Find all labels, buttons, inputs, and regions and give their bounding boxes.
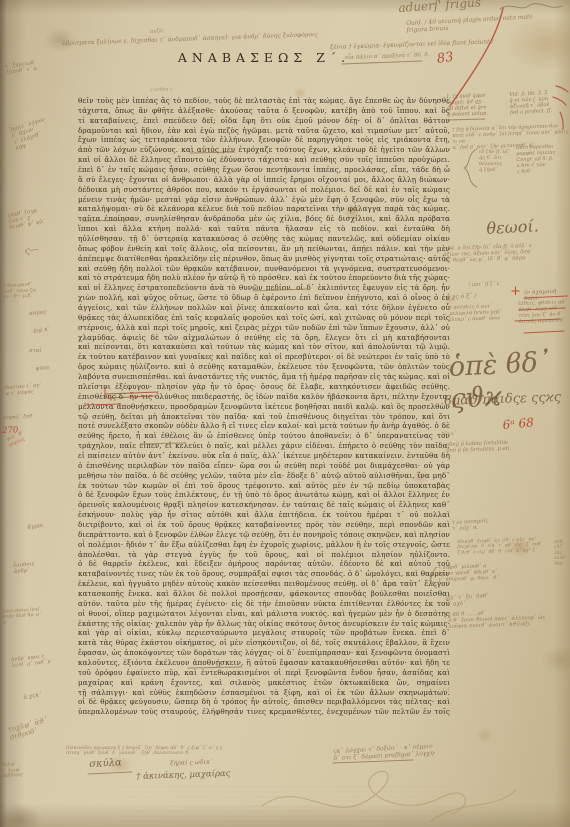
red-number-270: 270. — [2, 425, 21, 436]
margin-note-left-1: τ᾽ ξημειωθ᾽ ξαποθ᾽ τ᾽ κ. — [5, 59, 39, 76]
annotation-bottom-right: ςκ᾽ λόγχαι τ᾽ δοξῶτ᾽ · κ᾽ νέμειν δ᾽ οτι … — [333, 743, 436, 762]
text-line: ποτὲ συνελέξατο σκοπῶν οὐδὲν ἄλλο ἢ εἴ τ… — [78, 421, 450, 431]
text-line: ὄρος κώμαις ηὐλίζοντο. καὶ ὁ σεύθης κατα… — [78, 362, 450, 372]
text-line: τοῦ ὀρόφου ἐφαίνετο πῦρ, καὶ ἐντεθωρακισ… — [78, 668, 450, 678]
margin-note-left-6: καμας — [29, 309, 47, 317]
text-line: ἐκ τούτου κατέβαινον καὶ γυναῖκες καὶ πα… — [78, 352, 450, 362]
text-line: καὶ οἱ ἄλλοι δὲ ἕλληνες εἵποντο ὡς ἐδύνα… — [78, 155, 450, 165]
text-line: τάχιστα, ὅπως ἂν φθῆτε ἀλέξασθε· ἀκούσας… — [78, 106, 450, 116]
text-line: καὶ οἱ ἕλληνες ἐστρατοπεδεύοντο ἀνὰ τὸ θ… — [78, 283, 450, 293]
margin-note-left-3: ςπαθ᾽ ξαγρ᾽ ζῶν τ᾽ χ᾽ θειοθ᾽ ψ᾽ ψλ᾽ — [7, 207, 46, 231]
annotation-akinakes: † ἀκινάκης, μαχαίρας — [136, 769, 231, 782]
margin-note-right-6: ε 84. α ὅτι ζῆν ὅτ᾽ εἶα ſſ, ὁ πόλ᾽ ε ἀξί… — [443, 243, 532, 264]
text-line: μεθήσω τὸν παῖδα. ὁ δὲ σεύθης γελῶν, ταῦ… — [78, 471, 450, 481]
margin-note-left-2: Ἱππιτ᾽ λόγων λ᾽ ἄχων᾽ τ᾽ ἐλάχιθ᾽ λήψ — [9, 117, 52, 153]
margin-note-left-14: ἔσοδοις ἀνδρ᾽ — [13, 561, 35, 576]
text-line: τῷ σεύθῃ, δεῖται μὴ ἀποκτεῖναι τὸν παῖδα… — [78, 412, 450, 422]
margin-note-left-15: Vinū ebrios ſenſ unde illud ϑρ. μ᾽ κ᾽ — [2, 607, 42, 626]
text-line: ἐπεὶ δ᾽ ἐν ταῖς κώμαις ἦσαν, σεύθης ἔχων… — [78, 165, 450, 175]
bleedthrough-ghost — [120, 784, 450, 822]
annotation-theoi: θεωοί. — [486, 217, 539, 239]
margin-note-left-16: ἀνδρ᾽ κανε ς λινθ᾽ μ᾽ ταθ᾽ κ᾽ — [11, 654, 54, 670]
text-line: ἀπὸ τῶν λόχων εὐζώνους. καὶ αὐτὸς μὲν ἐτ… — [78, 145, 450, 155]
text-line: χιὼν πολλή, καὶ ψῦχος οὕτως, ὥστε τὸ ὕδω… — [78, 293, 450, 303]
red-edge-marks — [553, 86, 568, 129]
annotation-aduersus-frigus: aduerſ' frigus — [398, 0, 481, 15]
margin-note-left-11: κεφαλ᾽ ξαθ᾽ — [3, 414, 35, 422]
margin-note-right-14: ἀδικηθ᾽ διεφθ᾽ ὡς εἰθ᾽ ε αὐτ᾽ ἀπ᾽ fecʒd … — [457, 537, 543, 556]
red-cross-mark: + — [510, 284, 521, 299]
red-number-68: 6ᵃ 68 — [502, 415, 534, 432]
annotation-above-heading: ὑβρίσματα ξυλίνων ε. δίχεσθαι τ᾽ ἀνδραπο… — [62, 31, 318, 47]
text-line: μένειν τινὰς ἡμῶν· μεσταὶ γάρ εἰσιν ἀνθρ… — [78, 195, 450, 205]
margin-note-right-13: † ἐν ποταμοῖς τ᾽ λόχ᾽ α. — [452, 518, 489, 532]
manuscript-page: ΑΝΑΒΑΣΕΩΣ Ζ´. θεῖν τοὺς μὲν ἱππέας ἃς τὸ… — [0, 0, 570, 827]
text-line: ἀπολέσθαι. τὰ γὰρ στεγνὰ ἐγγὺς ἦν τοῦ ὄρ… — [78, 550, 450, 560]
text-line: θεῖν τοὺς μὲν ἱππέας ἃς τὸ πεδίον, τοὺς … — [78, 96, 450, 106]
text-line: ἐκέλευε, καὶ ἠγγυᾶτο μηδὲν αὐτοὺς κακὸν … — [78, 579, 450, 589]
margin-note-right-17: ἰδλ᾽ τ᾽ ξυ᾽ ϐαθ᾽ τ᾽ αχλ᾽ — [445, 593, 490, 609]
margin-note-right-11: ἐλθεῖς, φθιθεὶς αθ᾽ ἀληθ᾽ λίψῃ αἴθ᾽ τέας… — [518, 300, 568, 325]
annotation-xerai: ξηραί ς ωδικ᾽ — [170, 758, 213, 767]
text-line: διεπράττοντο. καὶ ὁ ξενοφῶν ἐλθὼν ἔλεγε … — [78, 530, 450, 540]
text-line: ἵπποι καὶ ἄλλα κτήνη πολλά· καὶ ταῦτα πά… — [78, 224, 450, 234]
text-line: οἱ πολέμιοι· ἥδιόν τ᾽ ἂν ἔξω αὐλίζεσθαι … — [78, 540, 450, 550]
text-line: σεύθης ἤρετο, ἦ καὶ ἐθέλοις ἂν ὦ ἐπίσθεν… — [78, 431, 450, 441]
text-line: ἐκ τούτων τῶν κωμῶν οἱ ἐπὶ τοῦ ὄρους τρέ… — [78, 481, 450, 491]
printed-text-block: θεῖν τοὺς μὲν ἱππέας ἃς τὸ πεδίον, τοὺς … — [78, 96, 450, 717]
annotation-ovid: Ouid. / 40 utcumq̄ plagis ardua nata mal… — [406, 13, 533, 34]
text-line: κατὰ τὰς θύρας ἑκάστου οἰκήματος, οἱ μὲν… — [78, 638, 450, 648]
text-line: μέλλοντα ἀποθνῄσκειν, προσδραμὼν ξενοφῶν… — [78, 402, 450, 412]
margin-note-left-13: ἄγροι — [27, 523, 44, 532]
margin-note-right-12: alleḡ p̄ habita fortalitiis imō p̄ p̄s f… — [446, 440, 511, 455]
text-line: λαβόντα συνεπισπέσθαι. καὶ ἀναστάντες τῆ… — [78, 372, 450, 382]
text-line: ὅπως φόβον ἐνθείη καὶ τοῖς ἄλλοις, οἷα π… — [78, 244, 450, 254]
curly-bracket-right — [464, 149, 477, 187]
page-heading: ΑΝΑΒΑΣΕΩΣ Ζ´. — [78, 50, 450, 65]
text-line: καταλήψομαι· σὺ δὲ κλεάνορα κέλευε διὰ τ… — [78, 204, 450, 214]
bottom-flourish — [262, 771, 465, 814]
margin-note-left-4: ς— — [24, 245, 40, 258]
text-line: ἀγγείοις, καὶ τῶν ἑλλήνων πολλῶν καὶ ῥῖν… — [78, 303, 450, 313]
margin-note-right-16: ποθ ς47 3ας λενθ 94ϐ — [554, 540, 565, 567]
margin-note-right-1: 1. ſʒ quid q̄que uulgar, q̄d qʒ· q̄d diſ… — [446, 93, 488, 119]
margin-note-right-5: αὐτὸ θύρεσθαι μορφὰς ὑγιείας Congr. ad δ… — [516, 145, 556, 176]
text-line: κατασκοπῆς ἕνεκα. καὶ ἄλλοι δὲ πολλοὶ πρ… — [78, 589, 450, 599]
text-line: ηὐλίσθησαν. τῇ δ᾽ ὑστεραίᾳ κατακαύσας ὁ … — [78, 234, 450, 244]
text-line: οἱ θυνοί, οἵπερ μαχιμώτατοι λέγονται εἶν… — [78, 609, 450, 619]
text-line: ἔφασαν, ὡς ἀποκόψοντες τῶν δοράτων τὰς λ… — [78, 648, 450, 658]
margin-note-right-2: Vid. p̄. lib. 3. 2 q̄ et τῶν ſ. κρη ἀξιω… — [509, 90, 553, 117]
margin-note-right-8: ἦ χς ὁ ξ᾽ / — [446, 292, 477, 301]
margin-note-left-19: παλφ᾽ τ᾽ λειψ᾽ ῥαβδίοις — [1, 762, 23, 780]
text-line: καταβαίνοντές τινες τῶν ἐκ τοῦ ὄρους, συ… — [78, 569, 450, 579]
text-line: καὶ πείσονται, ὅτι κατακαύσει καὶ τούτων… — [78, 342, 450, 352]
annotation-pyxis: πυξίς — [150, 29, 164, 36]
text-line: ταῦτα ἐποίησαν, συνηλίσθησαν ἀνδράποδα μ… — [78, 214, 450, 224]
text-line: τί καταβαίνεις, ἐπεὶ σπεύδειν δεῖ; οἶδα … — [78, 116, 450, 126]
text-line: διετρίβοντο, καὶ οἱ ἐκ τοῦ ὄρους θρᾷκες … — [78, 520, 450, 530]
margin-note-left-7: δηὲ κ᾽ — [33, 326, 51, 335]
margin-note-right-7: † ματ᾽ ſſ ζ᾽ λ᾽ — [468, 282, 502, 289]
margin-note-left-18: τυχλφ᾽ ἀϑ᾽ σιϑροθ᾽ — [7, 716, 50, 742]
text-line: δραμοῦνται καὶ ἥδιον, ἐὰν καὶ ἐγὼ πεζὸς … — [78, 126, 450, 136]
annotation-interlinear-1: ς ανδρη ς — [150, 87, 172, 93]
margin-note-right-18: ε 88 ϑ ...... εθ᾽ ὁ ϑ᾽ ἔνιοι ϑεινοὶ παντ… — [448, 609, 546, 631]
text-line: ὁ δὲ θαρρεῖν ἐκέλευε, καὶ ἔδειξεν ὁμήρου… — [78, 559, 450, 569]
text-line: θρᾷκες τὰς ἀλωπεκίδας ἐπὶ ταῖς κεφαλαῖς … — [78, 313, 450, 323]
text-line: ὁ ἐπισθένης περιλαβὼν τὸν παῖδα εἶπεν· ὥ… — [78, 461, 450, 471]
text-line: ἐπισθένης δ᾽ ἦν τις ὀλύνθιος παιδεραστής… — [78, 392, 450, 402]
red-underlines-right — [515, 296, 568, 333]
text-line: στέρνοις, ἀλλὰ καὶ περὶ τοῖς μηροῖς, καὶ… — [78, 323, 450, 333]
pen-trial-large: ὁπὲ ϐδ᾽ ςϑϰ — [448, 346, 570, 416]
text-line: χλαμύδας. ἀφιεὶς δὲ τῶν αἰχμαλώτων ὁ σεύ… — [78, 333, 450, 343]
text-line: μαχαίρας καὶ κράνη ἔχοντες, καὶ σιλανὸς … — [78, 678, 450, 688]
text-line: ἃ σὺ ἔλεγες· ἔχονται οἱ ἄνθρωποι· ἀλλὰ γ… — [78, 175, 450, 185]
margin-note-left-5: † ἀπαιρανθ᾽ ποθ᾽ τανα ζω κν᾽ θ— μ.β. — [3, 282, 37, 301]
text-line: εἰ παίσειεν αὐτὸν ἀντ᾽ ἐκείνου. οὐκ εἴα … — [78, 451, 450, 461]
margin-note-right-4: ιδ ζῆν ſſ. ld᾽ q̄ς δ᾽ ὅτι θέλοντες q̄ ζῆ… — [479, 150, 510, 174]
text-line: οἱ δὲ θρᾷκες φεύγουσιν, ὥσπερ δὴ ὁ τρόπο… — [78, 697, 450, 707]
margin-note-right-3: † ſoʒ ἡ διανοίᾳ κ᾽ ὅτι τὴν ἀχαριστίαν θυ… — [452, 124, 570, 152]
text-line: ὀρεινοῖς καλουμένοις θρᾳξὶ πλησίον κατεσ… — [78, 500, 450, 510]
margin-note-left-17: ἀ χςκ᾽ — [23, 692, 42, 702]
margin-note-left-12: φιλ᾽ ϑ᾽ μυρίας — [6, 431, 28, 449]
text-line: ὑπεραλλομένων τοὺς σταυρούς, ἐλήφθησάν τ… — [78, 707, 450, 717]
top-right-scribble — [500, 4, 562, 9]
annotation-interlinear-bottom: ſυσκινάδες πρωμαιπε ξ ς ἀσφυξ᾽ ζιπ᾽ δεφα… — [66, 746, 222, 757]
text-line: τῇ σάλπιγγι· καὶ εὐθὺς ἐκπηδῶσιν ἐσπασμέ… — [78, 688, 450, 698]
margin-note-left-8: σταί — [29, 348, 41, 354]
margin-note-left-10: βωσταν τ᾽ αγ᾽ φ τ᾽ κόψας — [5, 383, 43, 397]
margin-note-right-10: † ποτιθεὶς ὁ αὐτ᾽ μελίφιλα brutis μηδ᾽ (… — [449, 304, 503, 324]
text-line: τράχηλον, παῖε εἶπεν, εἰ κελεύει ὁ παῖς,… — [78, 441, 450, 451]
text-line: πλεῖστοι ἐξέφυγον· πλησίον γὰρ ἦν τὸ ὄρο… — [78, 382, 450, 392]
text-line: ἀπέπεμψε διατίθεσθαι ἡρακλείδην εἰς πέρι… — [78, 254, 450, 264]
pen-trial-small: ϐμαϑ παιδςε ςςϰς — [444, 390, 561, 409]
annotation-skyla: σκύλα — [89, 757, 122, 770]
text-line: καὶ τὸ στράτευμα ἤδη πολὺ πλέον ἦν αὐτῷ … — [78, 273, 450, 283]
text-line: ἑκάστης τῆς οἰκίας· χαλεπὸν γὰρ ἦν ἄλλως… — [78, 619, 450, 629]
text-line: αὐτόν. ταῦτα μὲν τῆς ἡμέρας ἐγένετο· εἰς… — [78, 599, 450, 609]
text-line: καλοῦντες, ἐξιόντα ἐκέλευον ἀποθνῄσκειν,… — [78, 658, 450, 668]
text-line: ἔχων ἱππέας ὡς τετταράκοντα τῶν ἑλλήνων.… — [78, 135, 450, 145]
text-line: ἐσκήνουν· πολὺς γὰρ ἦν σῖτος αὐτόθι καὶ … — [78, 510, 450, 520]
red-diagonal-stroke — [450, 8, 503, 106]
margin-note-right-9: ἐν ἀχαμαυῆ δολο. — [524, 288, 570, 302]
text-line: καὶ γὰρ αἱ οἰκίαι, κύκλῳ περιεσταύρωντο … — [78, 628, 450, 638]
text-line: καὶ σεύθῃ ἤδη πολλοὶ τῶν θρᾳκῶν κατέβαιν… — [78, 264, 450, 274]
margin-note-left-9: ψπου — [35, 365, 50, 373]
text-line: δέδοικα μὴ συστάντες ἁθρόοι που, κακόν τ… — [78, 185, 450, 195]
text-line: ὁ δὲ ξενοφῶν ἔχων τοὺς ἐπιλέκτους, ἐν τῇ… — [78, 490, 450, 500]
bottom-flourish-2 — [430, 790, 516, 822]
